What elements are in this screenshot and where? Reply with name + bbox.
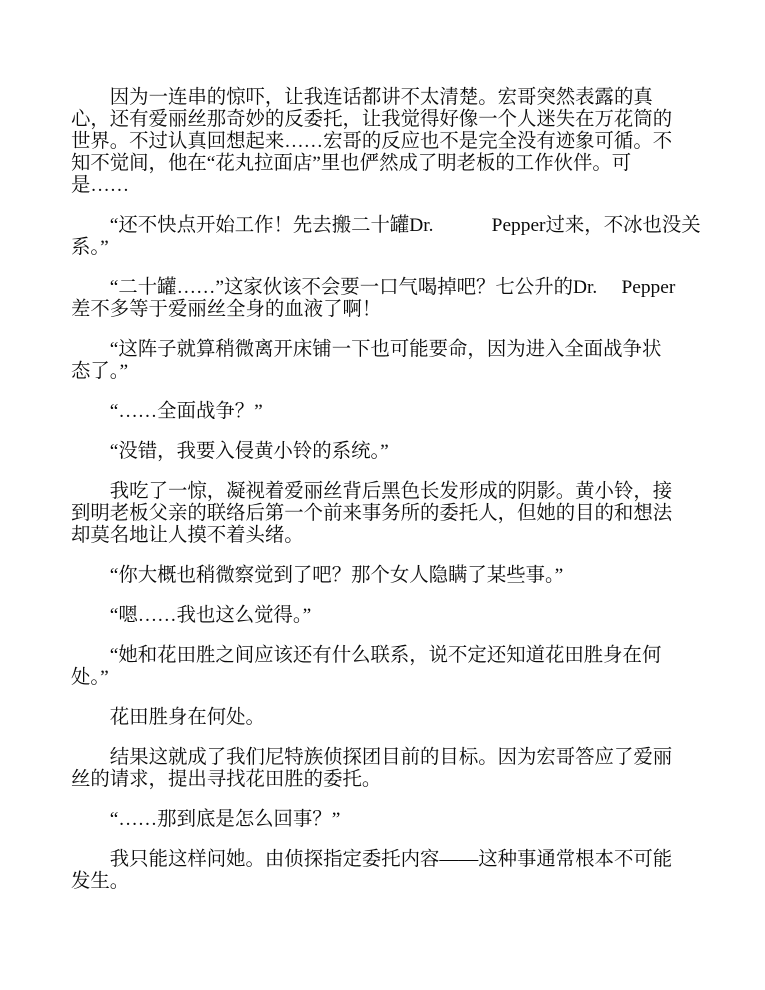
paragraph: 我吃了一惊，凝视着爱丽丝背后黑色长发形成的阴影。黄小铃，接 到明老板父亲的联络后… — [71, 481, 731, 547]
paragraph: “二十罐……”这家伙该不会要一口气喝掉吧？七公升的Dr. Pepper 差不多等… — [71, 277, 731, 321]
paragraph: “你大概也稍微察觉到了吧？那个女人隐瞒了某些事。” — [71, 565, 731, 587]
paragraph: “还不快点开始工作！先去搬二十罐Dr. Pepper过来，不冰也没关 系。” — [71, 215, 731, 259]
paragraph: 因为一连串的惊吓，让我连话都讲不太清楚。宏哥突然表露的真 心，还有爱丽丝那奇妙的… — [71, 87, 731, 197]
paragraph: “这阵子就算稍微离开床铺一下也可能要命，因为进入全面战争状 态了。” — [71, 339, 731, 383]
novel-text: 因为一连串的惊吓，让我连话都讲不太清楚。宏哥突然表露的真 心，还有爱丽丝那奇妙的… — [71, 87, 731, 893]
paragraph: 花田胜身在何处。 — [71, 707, 731, 729]
paragraph: “……那到底是怎么回事？” — [71, 809, 731, 831]
document-page: 因为一连串的惊吓，让我连话都讲不太清楚。宏哥突然表露的真 心，还有爱丽丝那奇妙的… — [0, 0, 765, 990]
paragraph: 我只能这样问她。由侦探指定委托内容——这种事通常根本不可能 发生。 — [71, 849, 731, 893]
paragraph: “她和花田胜之间应该还有什么联系，说不定还知道花田胜身在何 处。” — [71, 645, 731, 689]
paragraph: “没错，我要入侵黄小铃的系统。” — [71, 441, 731, 463]
paragraph: “……全面战争？” — [71, 401, 731, 423]
paragraph: “嗯……我也这么觉得。” — [71, 605, 731, 627]
paragraph: 结果这就成了我们尼特族侦探团目前的目标。因为宏哥答应了爱丽 丝的请求，提出寻找花… — [71, 747, 731, 791]
